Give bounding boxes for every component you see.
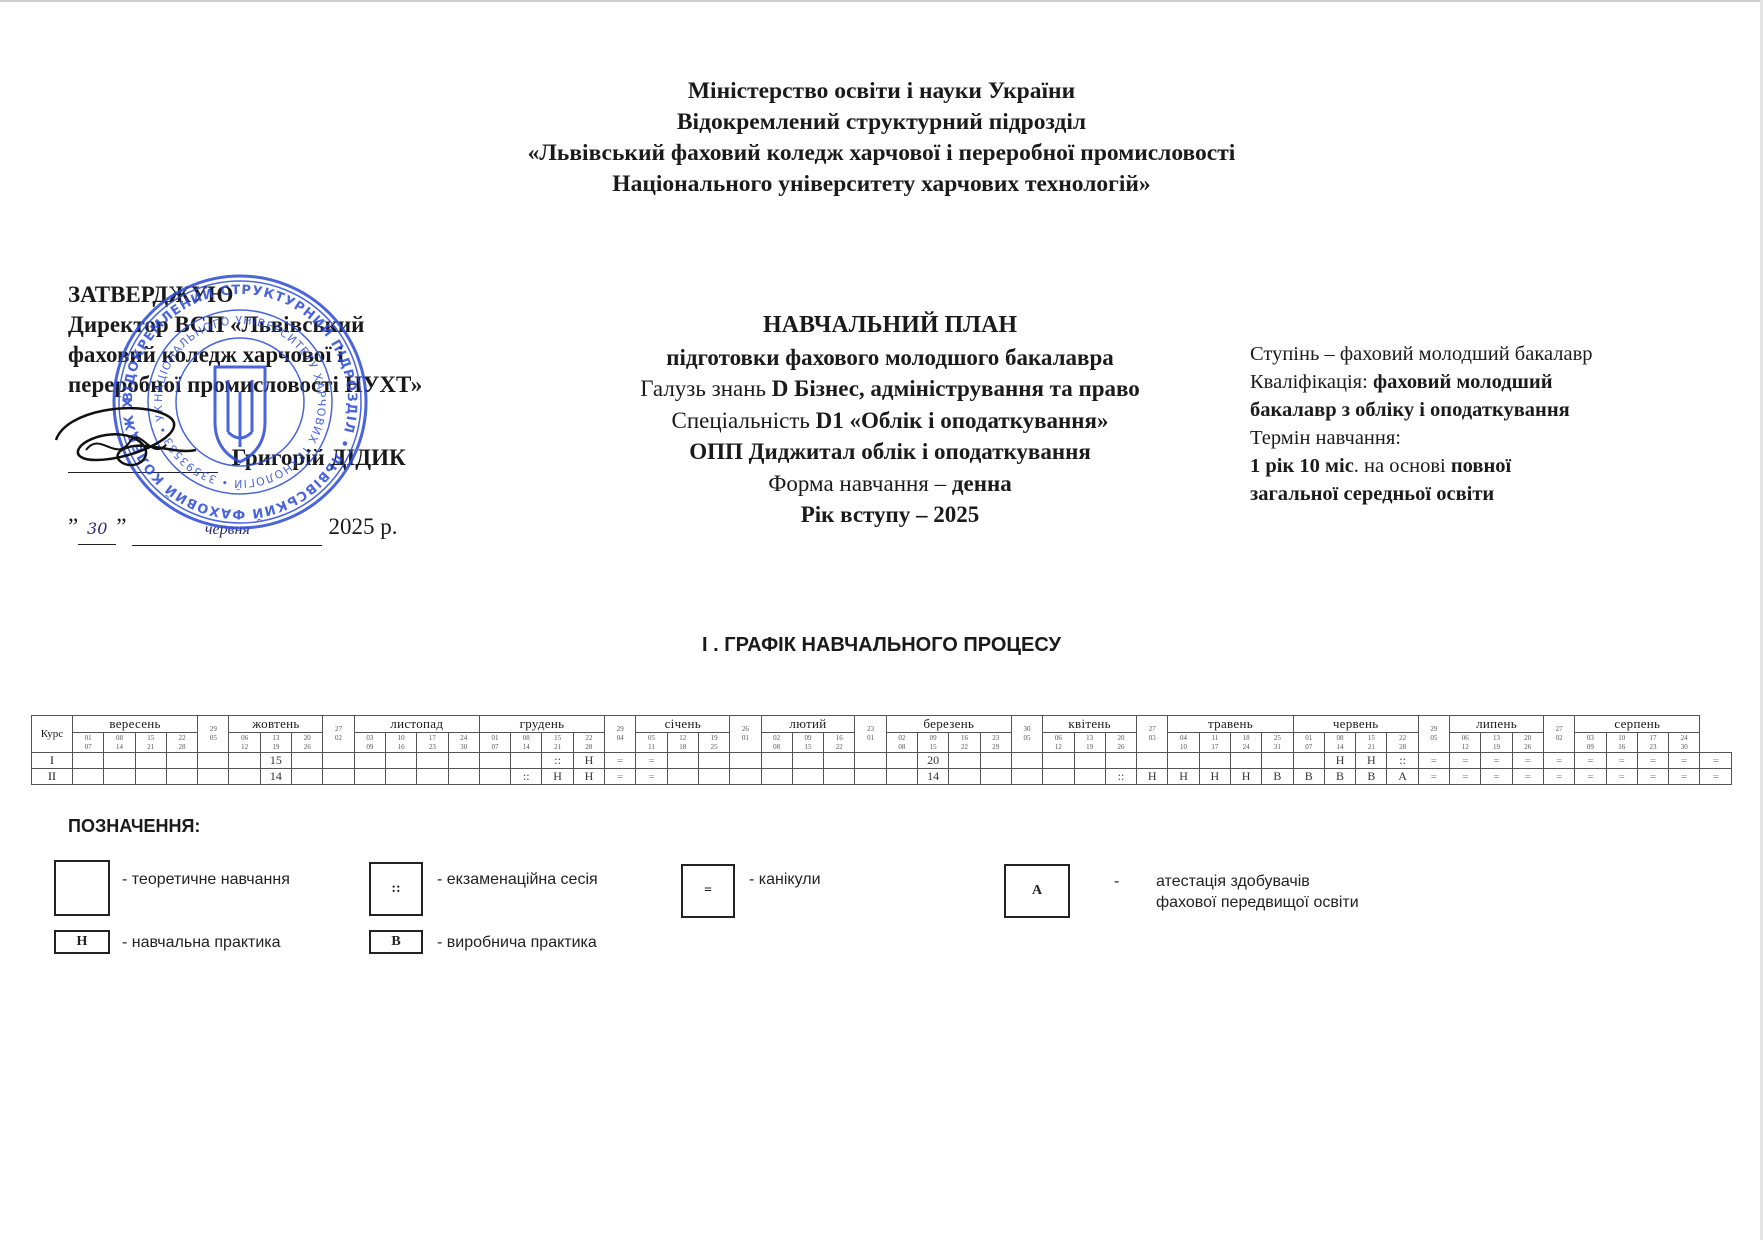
week-start: 23 (855, 725, 885, 734)
schedule-cell: = (1637, 753, 1668, 769)
schedule-cell (1011, 769, 1042, 785)
field-value: D Бізнес, адміністрування та право (772, 376, 1140, 401)
week-header: 2329 (980, 733, 1011, 753)
schedule-cell: В (1262, 769, 1293, 785)
legend-attestation-box: А (1004, 864, 1070, 918)
specialty-label: Спеціальність (672, 408, 816, 433)
week-end: 12 (229, 743, 259, 752)
date-month: червня (132, 515, 322, 546)
week-gap-header: 2601 (730, 716, 761, 753)
qualification-label: Кваліфікація: (1250, 371, 1373, 393)
approval-heading: ЗАТВЕРДЖУЮ (68, 280, 488, 310)
week-end: 02 (323, 734, 353, 743)
week-end: 26 (292, 743, 322, 752)
week-start: 22 (1387, 734, 1417, 743)
schedule-cell (980, 769, 1011, 785)
schedule-cell (949, 769, 980, 785)
schedule-cell: В (1293, 769, 1324, 785)
section-title: I . ГРАФІК НАВЧАЛЬНОГО ПРОЦЕСУ (0, 634, 1763, 657)
week-start: 15 (1356, 734, 1386, 743)
schedule-cell (417, 753, 448, 769)
schedule-cell (824, 769, 855, 785)
week-header: 0309 (1575, 733, 1606, 753)
quote-open: ” (68, 514, 78, 539)
week-end: 19 (261, 743, 291, 752)
week-gap-header: 2301 (855, 716, 886, 753)
legend-holiday-label: - канікули (749, 869, 821, 890)
week-start: 26 (730, 725, 760, 734)
schedule-cell: Н (573, 753, 604, 769)
week-start: 01 (1294, 734, 1324, 743)
legend-exam-label: - екзаменаційна сесія (437, 869, 598, 890)
approval-date: ”30”червня2025 р. (68, 512, 468, 546)
course-label: II (32, 769, 73, 785)
week-start: 08 (104, 734, 134, 743)
schedule-cell (980, 753, 1011, 769)
signature-row: Григорій ДІДИК (68, 443, 468, 473)
week-end: 15 (793, 743, 823, 752)
schedule-cell (73, 769, 104, 785)
table-row: II14::НН==14::ННННВВВВА========== (32, 769, 1732, 785)
schedule-cell: Н (1324, 753, 1355, 769)
schedule-cell (792, 753, 823, 769)
schedule-cell (104, 753, 135, 769)
degree-qualification: Кваліфікація: фаховий молодший (1250, 368, 1690, 396)
week-gap-header: 2905 (198, 716, 229, 753)
week-header: 1925 (698, 733, 729, 753)
schedule-table: Курс вересень2905жовтень2702листопадгруд… (31, 715, 1732, 785)
week-end: 29 (981, 743, 1011, 752)
week-header: 0107 (73, 733, 104, 753)
week-gap-header: 2904 (605, 716, 636, 753)
plan-year: Рік вступу – 2025 (560, 499, 1220, 531)
ministry-header: Міністерство освіти і науки України Відо… (0, 76, 1763, 200)
week-start: 13 (1075, 734, 1105, 743)
schedule-cell (855, 753, 886, 769)
week-end: 25 (699, 743, 729, 752)
week-end: 21 (542, 743, 572, 752)
ministry-line-2: Відокремлений структурний підрозділ (0, 107, 1763, 138)
week-end: 26 (1513, 743, 1543, 752)
schedule-cell: = (636, 769, 667, 785)
week-header: 2228 (166, 733, 197, 753)
week-start: 09 (793, 734, 823, 743)
schedule-cell: = (1700, 769, 1732, 785)
schedule-cell (667, 753, 698, 769)
week-gap-header: 2905 (1418, 716, 1449, 753)
month-header: жовтень (229, 716, 323, 733)
schedule-cell (292, 769, 323, 785)
schedule-cell: :: (1387, 753, 1418, 769)
week-end: 12 (1450, 743, 1480, 752)
week-header: 1521 (542, 733, 573, 753)
schedule-cell (104, 769, 135, 785)
field-label: Галузь знань (640, 376, 772, 401)
week-header: 2228 (573, 733, 604, 753)
week-header: 0915 (918, 733, 949, 753)
week-end: 03 (1137, 734, 1167, 743)
ministry-line-1: Міністерство освіти і науки України (0, 76, 1763, 107)
schedule-cell: :: (542, 753, 573, 769)
plan-title: НАВЧАЛЬНИЙ ПЛАН (560, 310, 1220, 342)
week-start: 09 (918, 734, 948, 743)
week-start: 10 (386, 734, 416, 743)
week-header: 1016 (385, 733, 416, 753)
schedule-cell (292, 753, 323, 769)
legend-attestation-dash: - (1114, 871, 1119, 892)
week-start: 16 (824, 734, 854, 743)
week-end: 15 (918, 743, 948, 752)
term-mid: . на основі (1354, 455, 1451, 477)
schedule-cell: = (1512, 753, 1543, 769)
week-end: 17 (1200, 743, 1230, 752)
plan-block: НАВЧАЛЬНИЙ ПЛАН підготовки фахового моло… (560, 310, 1220, 531)
schedule-cell: А (1387, 769, 1418, 785)
date-year: 2025 р. (328, 514, 397, 539)
week-end: 23 (417, 743, 447, 752)
week-start: 20 (1106, 734, 1136, 743)
week-end: 01 (730, 734, 760, 743)
page-top-edge (0, 0, 1763, 2)
week-start: 24 (449, 734, 479, 743)
legend-title: ПОЗНАЧЕННЯ: (68, 816, 200, 837)
schedule-cell: = (1512, 769, 1543, 785)
schedule-cell: = (1637, 769, 1668, 785)
month-header: липень (1450, 716, 1544, 733)
month-header-row: Курс вересень2905жовтень2702листопадгруд… (32, 716, 1732, 733)
schedule-cell: = (1606, 753, 1637, 769)
schedule-cell: = (1669, 769, 1700, 785)
week-header: 1824 (1230, 733, 1261, 753)
legend-attestation-line-1: атестація здобувачів (1156, 871, 1359, 892)
schedule-cell: В (1356, 769, 1387, 785)
week-end: 14 (104, 743, 134, 752)
week-end: 02 (1544, 734, 1574, 743)
schedule-cell (479, 753, 510, 769)
schedule-cell: = (1669, 753, 1700, 769)
week-end: 05 (198, 734, 228, 743)
schedule-cell: = (1481, 753, 1512, 769)
legend-industrial-practice-label: - виробнича практика (437, 932, 597, 953)
week-end: 26 (1106, 743, 1136, 752)
schedule-cell: Н (1356, 753, 1387, 769)
week-start: 05 (636, 734, 666, 743)
week-header: 1016 (1606, 733, 1637, 753)
ministry-line-3: «Львівський фаховий коледж харчової і пе… (0, 138, 1763, 169)
schedule-cell (417, 769, 448, 785)
schedule-cell: Н (542, 769, 573, 785)
week-end: 09 (355, 743, 385, 752)
week-end: 16 (386, 743, 416, 752)
term-basis-1: повної (1451, 455, 1511, 477)
schedule-cell (730, 753, 761, 769)
week-start: 29 (1419, 725, 1449, 734)
schedule-cell (448, 753, 479, 769)
week-end: 05 (1419, 734, 1449, 743)
schedule-cell: = (1418, 753, 1449, 769)
term-duration: 1 рік 10 міс (1250, 455, 1354, 477)
plan-field: Галузь знань D Бізнес, адміністрування т… (560, 373, 1220, 405)
term-label: Термін навчання: (1250, 424, 1690, 452)
week-header: 0814 (104, 733, 135, 753)
week-end: 30 (449, 743, 479, 752)
week-header: 0612 (1450, 733, 1481, 753)
week-start: 11 (1200, 734, 1230, 743)
week-header: 1218 (667, 733, 698, 753)
table-row: I15::Н==20НН::========== (32, 753, 1732, 769)
schedule-cell: = (1606, 769, 1637, 785)
week-header: 0612 (229, 733, 260, 753)
schedule-cell (511, 753, 542, 769)
schedule-cell (949, 753, 980, 769)
week-end: 23 (1638, 743, 1668, 752)
week-gap-header: 3005 (1011, 716, 1042, 753)
week-header: 1319 (1481, 733, 1512, 753)
week-start: 12 (668, 734, 698, 743)
form-label: Форма навчання – (768, 471, 952, 496)
week-start: 20 (292, 734, 322, 743)
week-header: 2430 (448, 733, 479, 753)
week-start: 16 (949, 734, 979, 743)
week-start: 10 (1607, 734, 1637, 743)
week-start: 25 (1262, 734, 1292, 743)
schedule-cell (73, 753, 104, 769)
week-header: 0107 (479, 733, 510, 753)
week-end: 28 (1387, 743, 1417, 752)
schedule-cell (698, 769, 729, 785)
week-start: 20 (1513, 734, 1543, 743)
schedule-cell (166, 753, 197, 769)
qualification-value-2: бакалавр з обліку і оподаткування (1250, 396, 1690, 424)
plan-form: Форма навчання – денна (560, 468, 1220, 500)
course-label: I (32, 753, 73, 769)
week-start: 30 (1012, 725, 1042, 734)
qualification-value-1: фаховий молодший (1373, 371, 1553, 393)
week-start: 17 (1638, 734, 1668, 743)
schedule-cell (448, 769, 479, 785)
plan-program: ОПП Диджитал облік і оподаткування (560, 436, 1220, 468)
week-header: 1521 (1356, 733, 1387, 753)
month-header: лютий (761, 716, 855, 733)
schedule-cell: = (1575, 769, 1606, 785)
week-end: 04 (605, 734, 635, 743)
week-header: 0410 (1168, 733, 1199, 753)
schedule-cell (1262, 753, 1293, 769)
director-name: Григорій ДІДИК (232, 443, 406, 473)
week-start: 15 (136, 734, 166, 743)
month-header: січень (636, 716, 730, 733)
schedule-cell (1043, 769, 1074, 785)
schedule-cell (166, 769, 197, 785)
week-header: 2531 (1262, 733, 1293, 753)
week-header: 1723 (417, 733, 448, 753)
schedule-cell: Н (573, 769, 604, 785)
week-end: 07 (1294, 743, 1324, 752)
schedule-cell (1074, 753, 1105, 769)
schedule-cell (354, 769, 385, 785)
month-header: грудень (479, 716, 604, 733)
week-start: 04 (1168, 734, 1198, 743)
week-start: 01 (73, 734, 103, 743)
week-end: 11 (636, 743, 666, 752)
week-header: 0814 (1324, 733, 1355, 753)
plan-specialty: Спеціальність D1 «Облік і оподаткування» (560, 405, 1220, 437)
week-header: 0107 (1293, 733, 1324, 753)
week-start: 02 (887, 734, 917, 743)
week-header: 1521 (135, 733, 166, 753)
schedule-cell (1074, 769, 1105, 785)
term-basis-2: загальної середньої освіти (1250, 480, 1690, 508)
week-end: 19 (1481, 743, 1511, 752)
term-value: 1 рік 10 міс. на основі повної (1250, 452, 1690, 480)
schedule-cell (135, 769, 166, 785)
week-end: 08 (887, 743, 917, 752)
schedule-cell (761, 769, 792, 785)
week-header: 0208 (886, 733, 917, 753)
week-start: 19 (699, 734, 729, 743)
schedule-cell (229, 769, 260, 785)
schedule-cell: 14 (260, 769, 291, 785)
schedule-cell: 14 (918, 769, 949, 785)
month-header: серпень (1575, 716, 1700, 733)
schedule-cell: = (605, 769, 636, 785)
week-start: 27 (1544, 725, 1574, 734)
week-end: 14 (511, 743, 541, 752)
schedule-cell (479, 769, 510, 785)
degree-level: Ступінь – фаховий молодший бакалавр (1250, 340, 1690, 368)
week-gap-header: 2702 (1543, 716, 1574, 753)
week-gap-header: 2703 (1137, 716, 1168, 753)
schedule-body: I15::Н==20НН::==========II14::НН==14::НН… (32, 753, 1732, 785)
week-header: 0511 (636, 733, 667, 753)
schedule-cell (1199, 753, 1230, 769)
legend-training-practice-box: Н (54, 930, 110, 954)
schedule-cell (1043, 753, 1074, 769)
schedule-cell: Н (1230, 769, 1261, 785)
week-end: 18 (668, 743, 698, 752)
schedule-cell (385, 753, 416, 769)
legend-attestation-line-2: фахової передвищої освіти (1156, 892, 1359, 913)
schedule-cell (323, 753, 354, 769)
week-end: 09 (1575, 743, 1605, 752)
week-end: 07 (73, 743, 103, 752)
schedule-cell (761, 753, 792, 769)
week-header: 0309 (354, 733, 385, 753)
week-end: 01 (855, 734, 885, 743)
week-end: 22 (949, 743, 979, 752)
schedule-cell: = (1450, 769, 1481, 785)
schedule-cell (886, 769, 917, 785)
schedule-cell (824, 753, 855, 769)
week-start: 03 (355, 734, 385, 743)
week-header: 1319 (1074, 733, 1105, 753)
month-header: травень (1168, 716, 1293, 733)
schedule-cell (323, 769, 354, 785)
week-start: 29 (198, 725, 228, 734)
specialty-value: D1 «Облік і оподаткування» (816, 408, 1109, 433)
week-end: 12 (1043, 743, 1073, 752)
week-header: 1723 (1637, 733, 1668, 753)
week-header: 2430 (1669, 733, 1700, 753)
approval-position-1: Директор ВСП «Львівський (68, 310, 488, 340)
week-start: 29 (605, 725, 635, 734)
legend-holiday-box: = (681, 864, 735, 918)
week-header: 1622 (824, 733, 855, 753)
schedule-cell (1293, 753, 1324, 769)
approval-block: ЗАТВЕРДЖУЮ Директор ВСП «Львівський фахо… (68, 280, 488, 400)
schedule-cell (135, 753, 166, 769)
week-header: 0915 (792, 733, 823, 753)
approval-position-2: фаховий коледж харчової і (68, 340, 488, 370)
week-start: 22 (167, 734, 197, 743)
schedule-cell: = (1575, 753, 1606, 769)
schedule-cell: = (1543, 753, 1574, 769)
schedule-cell (792, 769, 823, 785)
schedule-cell (667, 769, 698, 785)
schedule-cell (855, 769, 886, 785)
schedule-cell: Н (1199, 769, 1230, 785)
schedule-cell (1011, 753, 1042, 769)
week-start: 06 (1043, 734, 1073, 743)
schedule-cell (886, 753, 917, 769)
week-start: 27 (1137, 725, 1167, 734)
schedule-cell (385, 769, 416, 785)
schedule-cell: = (1481, 769, 1512, 785)
schedule-cell (198, 753, 229, 769)
legend-theory-label: - теоретичне навчання (122, 869, 290, 890)
week-end: 08 (762, 743, 792, 752)
week-gap-header: 2702 (323, 716, 354, 753)
week-end: 24 (1231, 743, 1261, 752)
legend-theory-box (54, 860, 110, 916)
week-end: 05 (1012, 734, 1042, 743)
week-start: 13 (261, 734, 291, 743)
legend-industrial-practice-box: В (369, 930, 423, 954)
week-start: 24 (1669, 734, 1699, 743)
schedule-cell: = (1543, 769, 1574, 785)
schedule-cell: Н (1168, 769, 1199, 785)
week-start: 06 (1450, 734, 1480, 743)
week-end: 28 (167, 743, 197, 752)
plan-subtitle: підготовки фахового молодшого бакалавра (560, 342, 1220, 374)
week-end: 21 (1356, 743, 1386, 752)
schedule-cell: 20 (918, 753, 949, 769)
week-end: 19 (1075, 743, 1105, 752)
schedule-cell: :: (1105, 769, 1136, 785)
week-end: 22 (824, 743, 854, 752)
approval-position-3: переробної промисловості НУХТ» (68, 370, 488, 400)
week-header: 2026 (1512, 733, 1543, 753)
week-start: 22 (574, 734, 604, 743)
week-end: 10 (1168, 743, 1198, 752)
week-start: 06 (229, 734, 259, 743)
schedule-cell (1230, 753, 1261, 769)
week-start: 15 (542, 734, 572, 743)
legend-training-practice-label: - навчальна практика (122, 932, 281, 953)
degree-block: Ступінь – фаховий молодший бакалавр Квал… (1250, 340, 1690, 508)
ministry-line-4: Національного університету харчових техн… (0, 169, 1763, 200)
quote-close: ” (116, 514, 126, 539)
schedule-cell: 15 (260, 753, 291, 769)
week-start: 23 (981, 734, 1011, 743)
schedule-cell: :: (511, 769, 542, 785)
month-header: вересень (73, 716, 198, 733)
month-header: листопад (354, 716, 479, 733)
week-end: 31 (1262, 743, 1292, 752)
signature-line (68, 450, 218, 473)
week-header: 2026 (292, 733, 323, 753)
week-start: 17 (417, 734, 447, 743)
